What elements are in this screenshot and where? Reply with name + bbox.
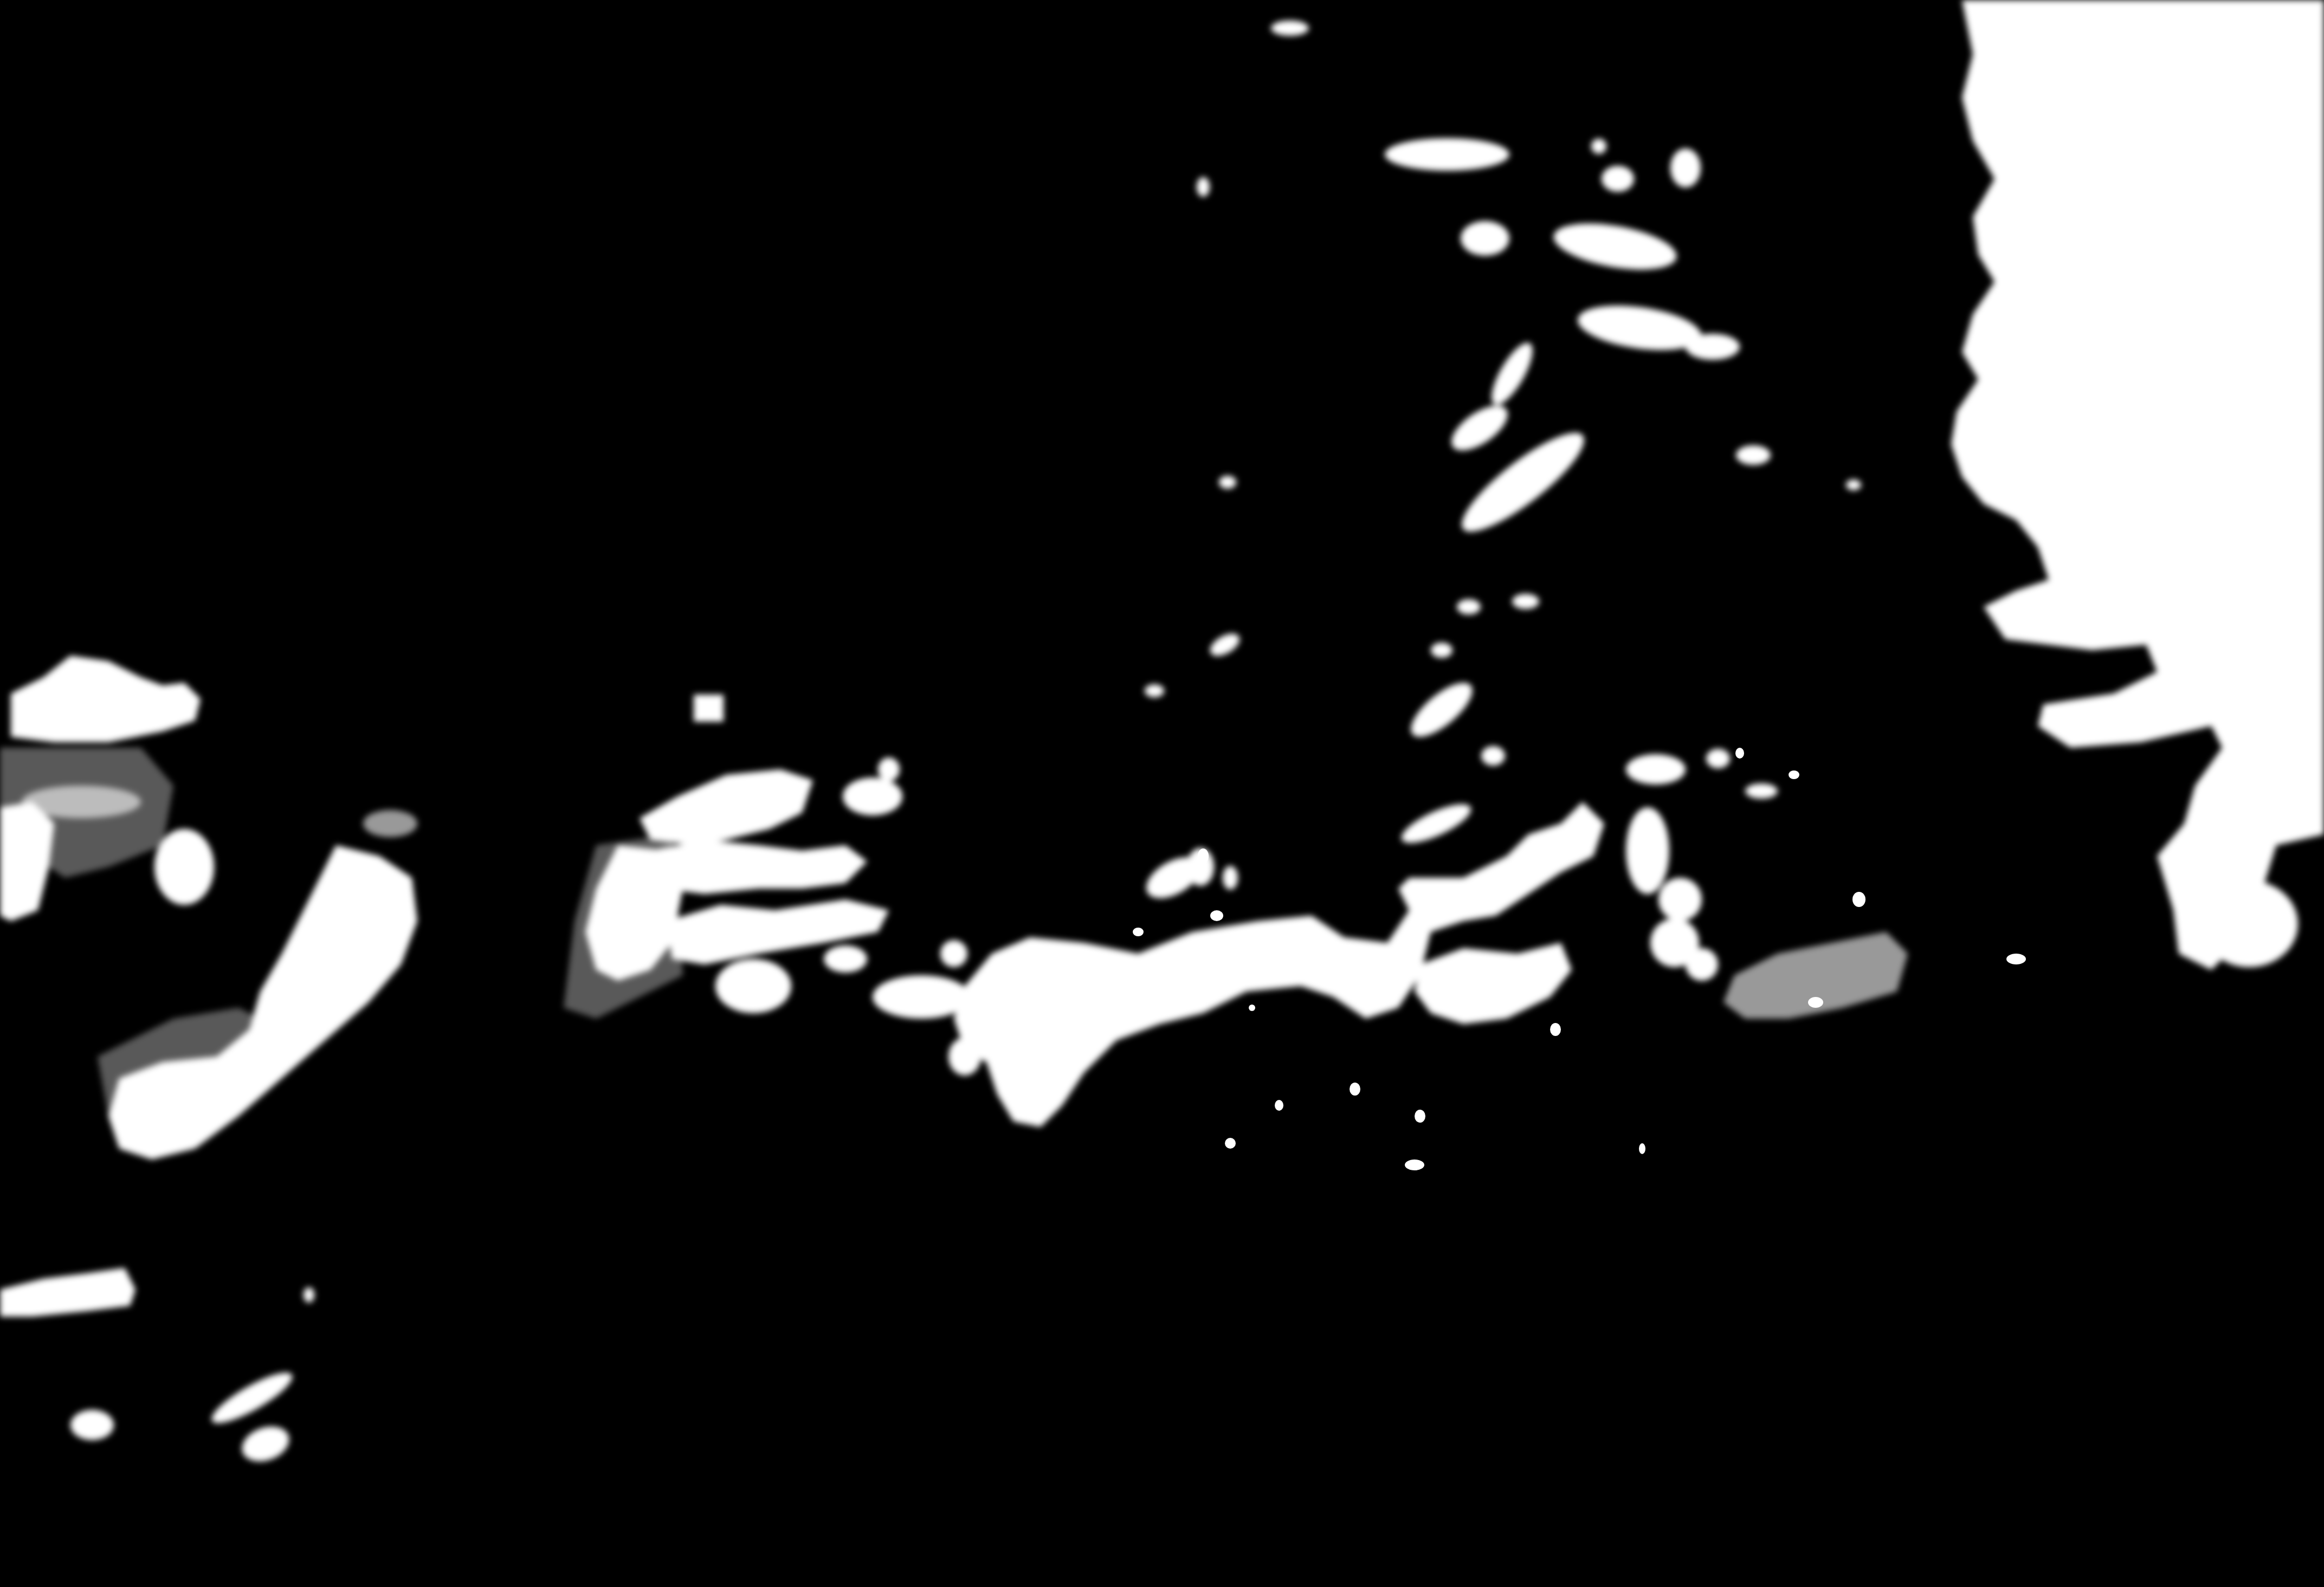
background [0, 0, 2324, 1587]
cloud-mask-image [0, 0, 2324, 1587]
